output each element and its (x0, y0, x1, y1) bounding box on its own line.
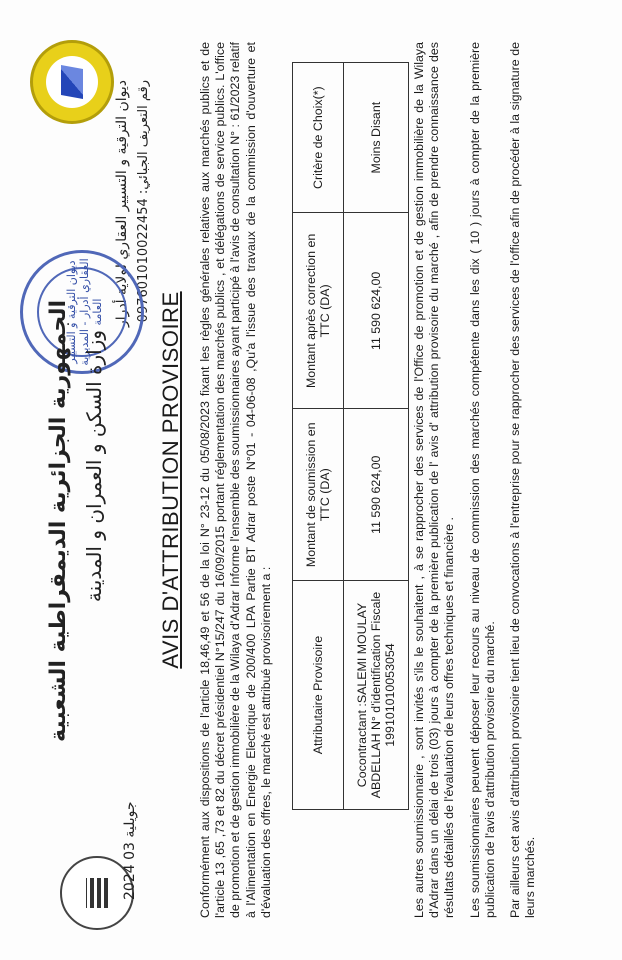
opgi-logo (30, 40, 114, 124)
table-row: Cocontractant :SALEMI MOULAY ABDELLAH N°… (344, 63, 409, 810)
paragraph-convocation: Par ailleurs cet avis d'attribution prov… (508, 42, 538, 918)
header-montant-soumission: Montant de soumission en TTC (DA) (293, 409, 344, 581)
republic-name-arabic: الجمهورية الجزائرية الديمقراطية الشعبية (46, 300, 71, 742)
paragraph-appeals: Les soumissionnaires peuvent déposer leu… (468, 42, 498, 918)
header-attributaire: Attributaire Provisoire (293, 581, 344, 810)
cell-critere: Moins Disant (344, 63, 409, 213)
document-page: ديوان الترقية و التسيير العقاري لولاية أ… (0, 0, 622, 960)
cell-attributaire: Cocontractant :SALEMI MOULAY ABDELLAH N°… (344, 581, 409, 810)
ministry-name-arabic: وزارة السكن و العمران و المدينة (82, 330, 106, 602)
document-title: AVIS D'ATTRIBUTION PROVISOIRE (158, 0, 184, 960)
paragraph-other-bidders: Les autres soumissionnaire , sont invité… (412, 42, 458, 918)
attribution-table: Attributaire Provisoire Montant de soumi… (292, 62, 409, 810)
header-critere: Critère de Choix(*) (293, 63, 344, 213)
header-montant-correction: Montant après correction en TTC (DA) (293, 213, 344, 409)
intro-paragraph: Conformément aux dispositions de l'artic… (198, 42, 274, 918)
document-frame: ديوان الترقية و التسيير العقاري لولاية أ… (0, 0, 622, 960)
document-date: 2024 جويلية 03 (122, 801, 138, 900)
cell-montant-soumission: 11 590 624,00 (344, 409, 409, 581)
cell-montant-correction: 11 590 624,00 (344, 213, 409, 409)
building-icon (46, 56, 98, 108)
table-header-row: Attributaire Provisoire Montant de soumi… (293, 63, 344, 810)
letterhead: ديوان الترقية و التسيير العقاري لولاية أ… (12, 0, 142, 840)
building-icon (86, 878, 108, 908)
